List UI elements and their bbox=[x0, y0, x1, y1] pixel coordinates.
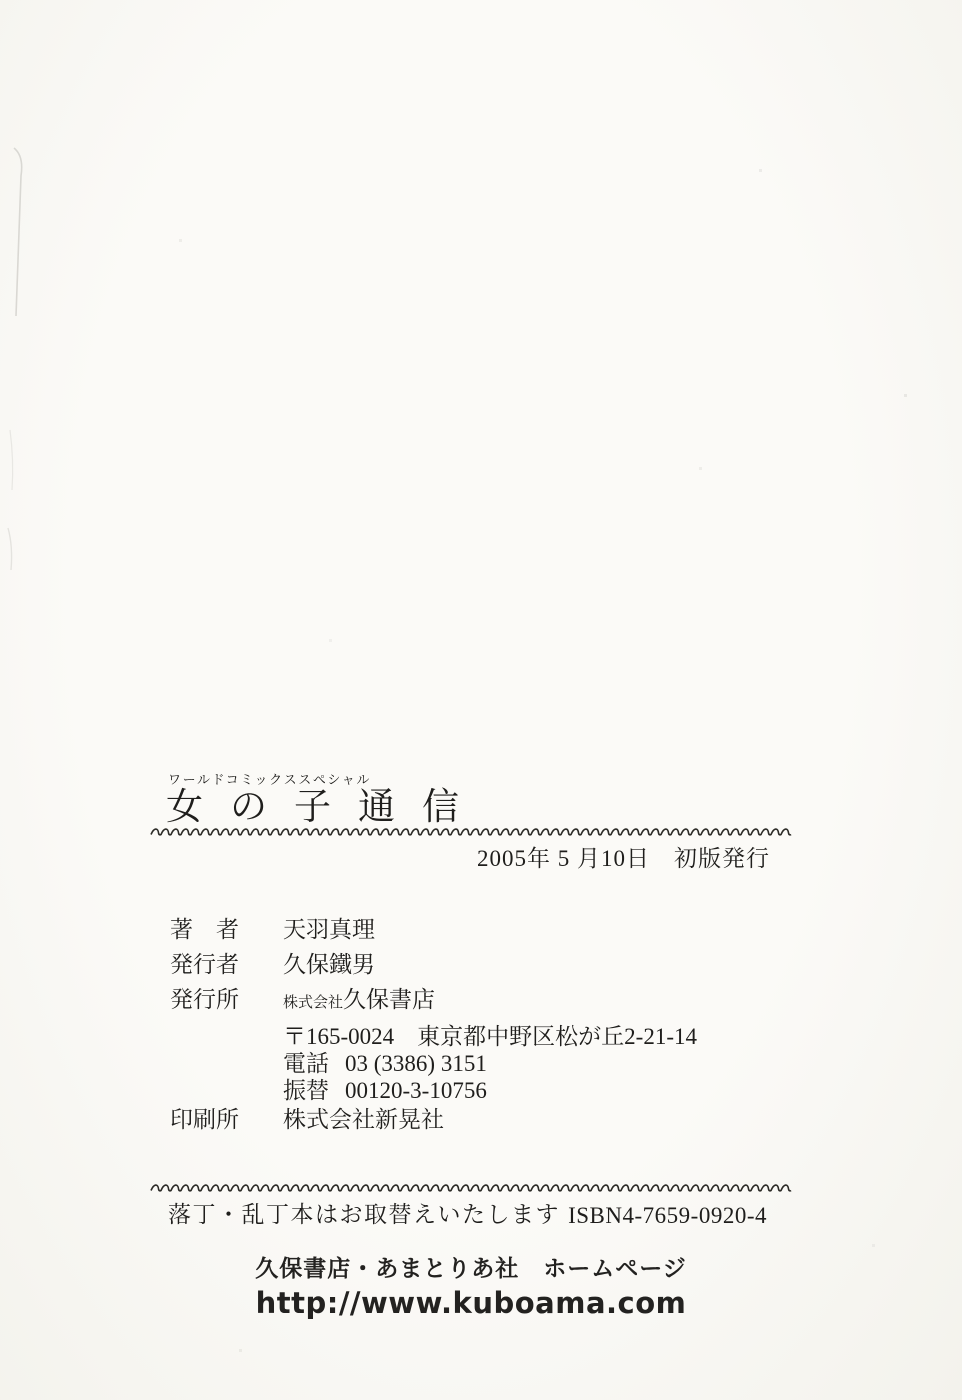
printer-name: 株式会社新晃社 bbox=[283, 1107, 444, 1133]
paper-speckles bbox=[0, 0, 1, 1]
publisher-phone-line: 電話 03 (3386) 3151 bbox=[283, 1051, 487, 1077]
publishing-house-name: 株式会社久保書店 bbox=[283, 987, 435, 1013]
colophon-row-printer: 印刷所 株式会社新晃社 bbox=[170, 1107, 444, 1133]
series-label: ワールドコミックススペシャル bbox=[168, 773, 371, 786]
scan-edge-artifact bbox=[0, 130, 40, 590]
isbn-number: ISBN4-7659-0920-4 bbox=[568, 1204, 767, 1227]
author-name: 天羽真理 bbox=[283, 917, 375, 943]
printer-label: 印刷所 bbox=[170, 1107, 283, 1133]
edition-date: 2005年 5 月10日 初版発行 bbox=[477, 847, 770, 870]
company-type-prefix: 株式会社 bbox=[283, 995, 343, 1011]
publishing-house-label: 発行所 bbox=[170, 987, 283, 1013]
postal-address: 〒165-0024 東京都中野区松が丘2-21-14 bbox=[283, 1024, 697, 1050]
publisher-label: 発行者 bbox=[170, 952, 283, 978]
phone-number: 03 (3386) 3151 bbox=[345, 1051, 487, 1077]
colophon-row-author: 著 者 天羽真理 bbox=[170, 917, 375, 943]
replacement-notice: 落丁・乱丁本はお取替えいたします bbox=[168, 1203, 560, 1226]
ornamental-divider-top bbox=[150, 826, 792, 838]
author-label: 著 者 bbox=[170, 917, 283, 943]
homepage-url: http://www.kuboama.com bbox=[150, 1286, 792, 1321]
homepage-label: 久保書店・あまとりあ社 ホームページ bbox=[150, 1256, 792, 1284]
phone-label: 電話 bbox=[283, 1051, 329, 1077]
publishing-house-main: 久保書店 bbox=[343, 987, 435, 1012]
colophon-row-publishing-house: 発行所 株式会社久保書店 bbox=[170, 987, 435, 1013]
transfer-number: 00120-3-10756 bbox=[345, 1078, 487, 1104]
colophon-row-publisher: 発行者 久保鐵男 bbox=[170, 952, 375, 978]
colophon-page: ワールドコミックススペシャル 女の子通信 2005年 5 月10日 初版発行 著… bbox=[0, 0, 962, 1400]
homepage-footer: 久保書店・あまとりあ社 ホームページ http://www.kuboama.co… bbox=[150, 1256, 792, 1320]
transfer-label: 振替 bbox=[283, 1078, 329, 1104]
publisher-address-line: 〒165-0024 東京都中野区松が丘2-21-14 bbox=[283, 1024, 697, 1050]
ornamental-divider-bottom bbox=[150, 1182, 792, 1194]
book-title: 女の子通信 bbox=[166, 789, 486, 826]
publisher-name: 久保鐵男 bbox=[283, 952, 375, 978]
postal-transfer-line: 振替 00120-3-10756 bbox=[283, 1078, 487, 1104]
